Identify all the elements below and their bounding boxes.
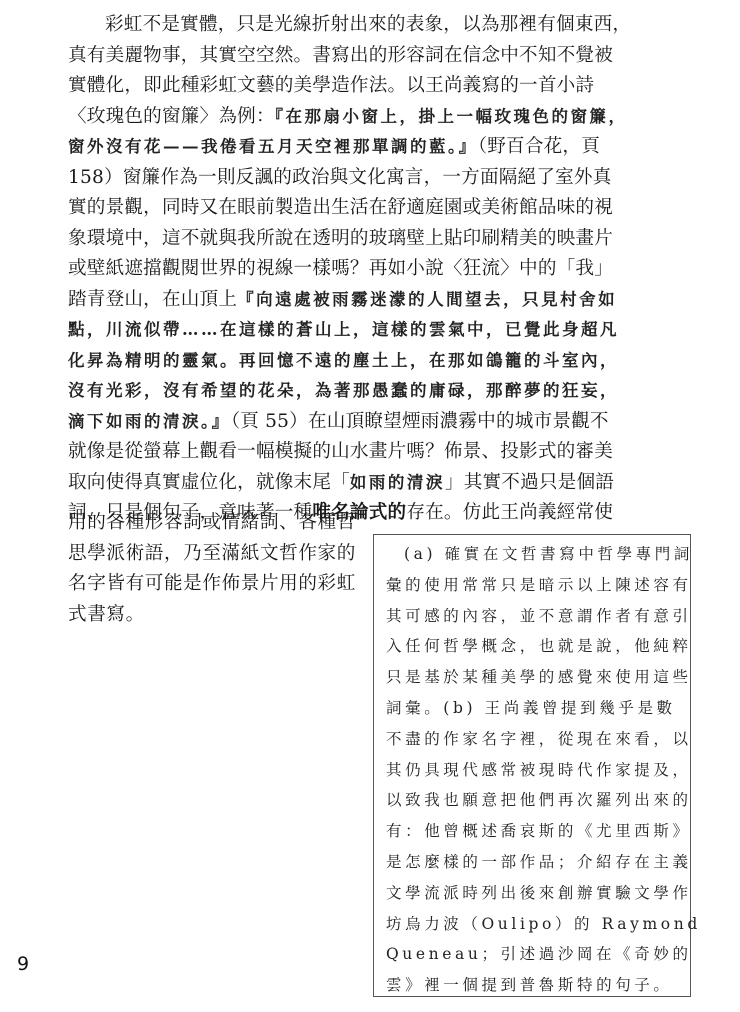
text-line: 踏青登山，在山頂上『向遠處被雨霧迷濛的人間望去，只見村舍如 bbox=[68, 285, 648, 316]
footnote-box: (a) 確實在文哲書寫中哲學專門詞 彙的使用常常只是暗示以上陳述容有 其可感的內… bbox=[373, 534, 691, 997]
footnote-line: 入任何哲學概念，也就是說，他純粹 bbox=[386, 631, 682, 662]
novel-quote: 沒有光彩，沒有希望的花朵，為著那愚蠢的庸碌，那醉夢的狂妄， bbox=[68, 381, 619, 400]
text-line: 就像是從螢幕上觀看一幅模擬的山水畫片嗎？佈景、投影式的審美 bbox=[68, 437, 648, 468]
line-text: 〈玫瑰色的窗簾〉為例： bbox=[68, 106, 275, 127]
footnote-line: 其仍具現代感常被現時代作家提及， bbox=[386, 755, 682, 786]
poem-quote: 『在那扇小窗上，掛上一幅玫瑰色的窗簾， bbox=[275, 107, 628, 126]
footnote-line: Queneau；引述過沙岡在《奇妙的 bbox=[386, 939, 682, 970]
page-number: 9 bbox=[17, 953, 29, 975]
text-line: 思學派術語，乃至滿紙文哲作家的 bbox=[68, 539, 368, 570]
footnote-line: 只是基於某種美學的感覺來使用這些 bbox=[386, 662, 682, 693]
line-text: （頁 55）在山頂瞭望煙雨濃霧中的城市景觀不 bbox=[231, 411, 609, 432]
line-text: 存在。仿此王尚義經常使 bbox=[406, 502, 613, 523]
text-line: 彩虹不是實體，只是光線折射出來的表象，以為那裡有個東西， bbox=[68, 10, 648, 41]
footnote-line: 坊烏力波（Oulipo）的 Raymond bbox=[386, 909, 682, 940]
main-paragraph: 彩虹不是實體，只是光線折射出來的表象，以為那裡有個東西， 真有美麗物事，其實空空… bbox=[68, 10, 648, 529]
footnote-line: 其可感的內容，並不意謂作者有意引 bbox=[386, 601, 682, 632]
side-paragraph: 用的各種形容詞或情緒詞、各種哲 思學派術語，乃至滿紙文哲作家的 名字皆有可能是作… bbox=[68, 508, 368, 630]
text-line: 取向使得真實虛位化，就像末尾「如雨的清淚」其實不過只是個語 bbox=[68, 468, 648, 499]
text-line: 實體化，即此種彩虹文藝的美學造作法。以王尚義寫的一首小詩 bbox=[68, 71, 648, 102]
text-line: 窗外沒有花——我倦看五月天空裡那單調的藍。』（野百合花，頁 bbox=[68, 132, 648, 163]
text-line: 158）窗簾作為一則反諷的政治與文化寓言，一方面隔絕了室外真 bbox=[68, 163, 648, 194]
text-line: 式書寫。 bbox=[68, 600, 368, 631]
text-line: 實的景觀，同時又在眼前製造出生活在舒適庭園或美術館品味的視 bbox=[68, 193, 648, 224]
line-text: 158）窗簾作為一則反諷的政治與文化寓言，一方面隔絕了室外真 bbox=[68, 167, 612, 188]
novel-quote: 『向遠處被雨霧迷濛的人間望去，只見村舍如 bbox=[237, 290, 617, 309]
text-line: 沒有光彩，沒有希望的花朵，為著那愚蠢的庸碌，那醉夢的狂妄， bbox=[68, 376, 648, 407]
text-line: 或壁紙遮擋觀閱世界的視線一樣嗎？再如小說〈狂流〉中的「我」 bbox=[68, 254, 648, 285]
novel-quote: 滴下如雨的清淚。』 bbox=[68, 412, 231, 431]
citation: （野百合花，頁 bbox=[478, 136, 600, 157]
footnote-line: 是怎麼樣的一部作品；介紹存在主義 bbox=[386, 847, 682, 878]
footnote-line: 詞彙。(b) 王尚義曾提到幾乎是數 bbox=[386, 693, 682, 724]
line-text: 象環境中，這不就與我所說在透明的玻璃壁上貼印刷精美的映畫片 bbox=[68, 228, 613, 249]
novel-quote: 點，川流似帶……在這樣的蒼山上，這樣的雲氣中，已覺此身超凡 bbox=[68, 320, 619, 339]
text-line: 象環境中，這不就與我所說在透明的玻璃壁上貼印刷精美的映畫片 bbox=[68, 224, 648, 255]
line-text: 」其實不過只是個語 bbox=[445, 472, 614, 493]
line-text: 踏青登山，在山頂上 bbox=[68, 289, 237, 310]
inline-quote: 如雨的清淚 bbox=[350, 473, 445, 492]
poem-quote: 窗外沒有花——我倦看五月天空裡那單調的藍。』 bbox=[68, 137, 478, 156]
line-text: 或壁紙遮擋觀閱世界的視線一樣嗎？再如小說〈狂流〉中的「我」 bbox=[68, 258, 613, 279]
text-line: 化昇為精明的靈氣。再回憶不遠的塵土上，在那如鴿籠的斗室內， bbox=[68, 346, 648, 377]
text-line: 點，川流似帶……在這樣的蒼山上，這樣的雲氣中，已覺此身超凡 bbox=[68, 315, 648, 346]
footnote-line: 以致我也願意把他們再次羅列出來的 bbox=[386, 785, 682, 816]
footnote-line: 有：他曾概述喬哀斯的《尤里西斯》 bbox=[386, 816, 682, 847]
footnote-line: 不盡的作家名字裡，從現在來看，以 bbox=[386, 724, 682, 755]
footnote-line: 彙的使用常常只是暗示以上陳述容有 bbox=[386, 570, 682, 601]
text-line: 真有美麗物事，其實空空然。書寫出的形容詞在信念中不知不覺被 bbox=[68, 41, 648, 72]
line-text: 取向使得真實虛位化，就像末尾「 bbox=[68, 472, 350, 493]
footnote-line: (a) 確實在文哲書寫中哲學專門詞 bbox=[386, 539, 682, 570]
footnote-line: 雲》裡一個提到普魯斯特的句子。 bbox=[386, 970, 682, 1001]
text-line: 用的各種形容詞或情緒詞、各種哲 bbox=[68, 508, 368, 539]
text-line: 〈玫瑰色的窗簾〉為例：『在那扇小窗上，掛上一幅玫瑰色的窗簾， bbox=[68, 102, 648, 133]
novel-quote: 化昇為精明的靈氣。再回憶不遠的塵土上，在那如鴿籠的斗室內， bbox=[68, 351, 619, 370]
line-text: 實的景觀，同時又在眼前製造出生活在舒適庭園或美術館品味的視 bbox=[68, 197, 613, 218]
text-line: 滴下如雨的清淚。』（頁 55）在山頂瞭望煙雨濃霧中的城市景觀不 bbox=[68, 407, 648, 438]
line-text: 彩虹不是實體，只是光線折射出來的表象，以為那裡有個東西， bbox=[105, 14, 631, 35]
footnote-line: 文學流派時列出後來創辦實驗文學作 bbox=[386, 878, 682, 909]
line-text: 真有美麗物事，其實空空然。書寫出的形容詞在信念中不知不覺被 bbox=[68, 45, 613, 66]
text-line: 名字皆有可能是作佈景片用的彩虹 bbox=[68, 569, 368, 600]
line-text: 實體化，即此種彩虹文藝的美學造作法。以王尚義寫的一首小詩 bbox=[68, 75, 594, 96]
line-text: 就像是從螢幕上觀看一幅模擬的山水畫片嗎？佈景、投影式的審美 bbox=[68, 441, 613, 462]
